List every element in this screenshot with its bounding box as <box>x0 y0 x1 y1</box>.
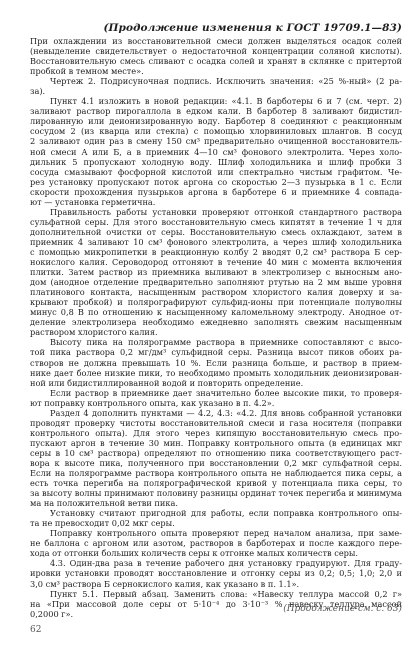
text-line: Если на полярограмме раствора контрольно… <box>30 468 402 478</box>
text-line: створов не должна превышать 10 %. Если р… <box>30 358 402 368</box>
text-line: скорости прохождения пузырьков аргона в … <box>30 187 402 197</box>
text-line: 3,0 см³ раствора Б сернокислого калия, к… <box>30 579 402 589</box>
text-line: рез установку пропускают поток аргона со… <box>30 177 402 187</box>
text-line: Пункт 5.1. Первый абзац. Заменить слова:… <box>30 589 402 599</box>
text-line: лированную или деионизированную воду. Ба… <box>30 116 402 126</box>
text-line: за высоту волны принимают половину разни… <box>30 488 402 498</box>
text-line: крывают пробкой) и полярографируют сульф… <box>30 297 402 307</box>
text-line: раствором хлористого калия. <box>30 327 402 337</box>
text-line: приемник 4 заливают 10 см³ фонового элек… <box>30 237 402 247</box>
text-line: Установку считают пригодной для работы, … <box>30 508 402 518</box>
text-line: ют поправку контрольного опыта, как указ… <box>30 398 402 408</box>
text-line: 4.3. Один-два раза в течение рабочего дн… <box>30 558 402 568</box>
text-line: та не превосходит 0,02 мкг серы. <box>30 518 402 528</box>
text-line: Поправку контрольного опыта проверяют пе… <box>30 528 402 538</box>
text-line: ной или бидистиллированной водой и повто… <box>30 378 402 388</box>
text-line: ма на положительной ветви пика. <box>30 498 402 508</box>
text-line: пускают аргон в течение 30 мин. Поправку… <box>30 438 402 448</box>
text-line: Высоту пика на полярограмме раствора в п… <box>30 337 402 347</box>
text-line: (невыделение свидетельствует о недостато… <box>30 46 402 56</box>
text-line: сосуда смазывают фосфорной кислотой или … <box>30 167 402 177</box>
text-line: Раздел 4 дополнить пунктами — 4.2, 4.3: … <box>30 408 402 418</box>
text-line: дополнительной очистки от серы. Восстано… <box>30 227 402 237</box>
text-line: сосудом 2 (из кварца или стекла) с помощ… <box>30 126 402 136</box>
text-line: заливают раствор пирогаллола в едком кал… <box>30 106 402 116</box>
text-line: 2 заливают один раз в смену 150 см³ пред… <box>30 136 402 146</box>
text-line: ной смеси А или Б, а в приемник 4—10 см³… <box>30 147 402 157</box>
text-line: ют — установка герметична. <box>30 197 402 207</box>
text-line: нокислого калия. Сероводород отгоняют в … <box>30 257 402 267</box>
text-line: платинового контакта, насыщенным раствор… <box>30 287 402 297</box>
text-line: хода от отгонки больших количеств серы к… <box>30 548 402 558</box>
text-line: той пика раствора 0,2 мг/дм³ сульфидной … <box>30 347 402 357</box>
text-line: сульфатной серы. Для этого восстановител… <box>30 217 402 227</box>
text-line: дом (анодное отделение предварительно за… <box>30 277 402 287</box>
text-line: Восстановительную смесь сливают с осадка… <box>30 56 402 66</box>
page-number: 62 <box>30 625 41 635</box>
text-line: плитки. Затем раствор из приемника вылив… <box>30 267 402 277</box>
document-body: При охлаждении из восстановительной смес… <box>30 36 402 619</box>
text-line: с помощью микропипетки в реакционную кол… <box>30 247 402 257</box>
text-line: есть точка перегиба на полярографической… <box>30 478 402 488</box>
continuation-note: (Продолжение см. с. 63) <box>283 604 402 614</box>
text-line: минус 0,8 В по отношению к насыщенному к… <box>30 307 402 317</box>
text-line: серы в 10 см³ раствора) определяют по от… <box>30 448 402 458</box>
text-line: ировки установки проводят восстановление… <box>30 568 402 578</box>
text-line: проводят проверку чистоты восстановитель… <box>30 418 402 428</box>
text-line: нике дает более низкие пики, то необходи… <box>30 368 402 378</box>
text-line: за). <box>30 86 402 96</box>
page-header: (Продолжение изменения к ГОСТ 19709.1—83… <box>103 22 402 34</box>
text-line: деление электролизера необходимо ежеднев… <box>30 317 402 327</box>
text-line: дильник 5 пропускают холодную воду. Шлиф… <box>30 157 402 167</box>
text-line: Чертеж 2. Подрисуночная подпись. Исключи… <box>30 76 402 86</box>
text-line: При охлаждении из восстановительной смес… <box>30 36 402 46</box>
text-line: Правильность работы установки проверяют … <box>30 207 402 217</box>
text-line: вора к высоте пика, полученного при восс… <box>30 458 402 468</box>
text-line: не баллона с аргоном или азотом, раствор… <box>30 538 402 548</box>
text-line: пробкой в темном месте». <box>30 66 402 76</box>
text-line: Пункт 4.1 изложить в новой редакции: «4.… <box>30 96 402 106</box>
text-line: Если раствор в приемнике дает значительн… <box>30 388 402 398</box>
text-line: контрольного опыта). Для этого через кип… <box>30 428 402 438</box>
